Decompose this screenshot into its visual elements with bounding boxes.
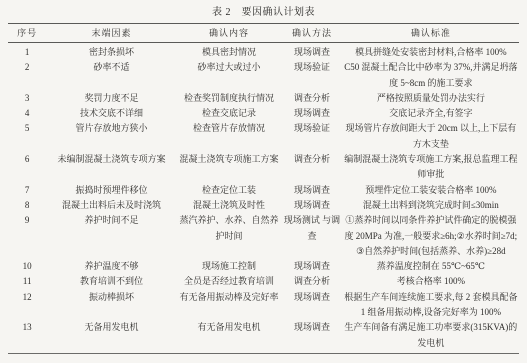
cell-no: 5 <box>8 121 46 152</box>
cell-method: 调查分析 <box>281 91 342 106</box>
document-page: 表 2 要因确认计划表 序号 末端因素 确认内容 确认方法 确认标准 1密封条损… <box>0 0 527 363</box>
table-row: 9养护时间不足蒸汽养护、水养、自然养护时间现场测试 与调查①蒸养时间以同条件养护… <box>8 213 519 259</box>
cell-no: 3 <box>8 91 46 106</box>
cell-method: 现场调查 <box>281 43 342 61</box>
cell-factor: 养护温度不够 <box>46 259 176 274</box>
table-row: 3奖罚力度不足检查奖罚制度执行情况调查分析严格按照质量处罚办法实行 <box>8 91 519 106</box>
cell-factor: 振捣时预埋件移位 <box>46 183 176 198</box>
table-body: 1密封条损坏模具密封情况现场调查模具拼缝处安装密封材料,合格率 100%2砂率不… <box>8 43 519 354</box>
table-header: 序号 末端因素 确认内容 确认方法 确认标准 <box>8 24 519 43</box>
cell-standard: 编制混凝土浇筑专项施工方案,报总监理工程师审批 <box>343 152 519 183</box>
cell-no: 2 <box>8 60 46 91</box>
cell-standard: 生产车间备有满足施工功率要求(315KVA)的发电机 <box>343 320 519 353</box>
cell-no: 1 <box>8 43 46 61</box>
cell-no: 12 <box>8 290 46 321</box>
cell-content: 检查定位工装 <box>177 183 282 198</box>
cell-content: 检查管片存放情况 <box>177 121 282 152</box>
cell-factor: 技术交底不详细 <box>46 106 176 121</box>
cell-factor: 砂率不适 <box>46 60 176 91</box>
table-row: 7振捣时预埋件移位检查定位工装现场调查预埋件定位工装安装合格率 100% <box>8 183 519 198</box>
header-standard: 确认标准 <box>343 24 519 43</box>
cell-standard: 混凝土出料到浇筑完成时间≤30min <box>343 198 519 213</box>
cell-method: 现场验证 <box>281 121 342 152</box>
cell-content: 混凝土浇筑专项施工方案 <box>177 152 282 183</box>
cell-content: 砂率过大或过小 <box>177 60 282 91</box>
cell-method: 调查分析 <box>281 152 342 183</box>
cell-factor: 奖罚力度不足 <box>46 91 176 106</box>
cell-factor: 未编制混凝土浇筑专项方案 <box>46 152 176 183</box>
cell-factor: 养护时间不足 <box>46 213 176 259</box>
cell-standard: 考核合格率 100% <box>343 274 519 289</box>
table-row: 6未编制混凝土浇筑专项方案混凝土浇筑专项施工方案调查分析编制混凝土浇筑专项施工方… <box>8 152 519 183</box>
cell-method: 现场调查 <box>281 198 342 213</box>
cell-method: 现场测试 与调查 <box>281 213 342 259</box>
cell-standard: 交底记录齐全,有签字 <box>343 106 519 121</box>
cell-content: 混凝土浇筑及时性 <box>177 198 282 213</box>
table-row: 11教育培训不到位全员是否经过教育培训调查分析考核合格率 100% <box>8 274 519 289</box>
header-no: 序号 <box>8 24 46 43</box>
cell-content: 全员是否经过教育培训 <box>177 274 282 289</box>
cell-no: 9 <box>8 213 46 259</box>
table-title: 表 2 要因确认计划表 <box>8 6 519 23</box>
cell-no: 7 <box>8 183 46 198</box>
cell-method: 现场调查 <box>281 290 342 321</box>
header-method: 确认方法 <box>281 24 342 43</box>
header-factor: 末端因素 <box>46 24 176 43</box>
cell-content: 有无备用发电机 <box>177 320 282 353</box>
cell-standard: ①蒸养时间以同条件养护试件确定的脱模强度 20MPa 为准,一般要求≥6h;②水… <box>343 213 519 259</box>
cell-standard: 严格按照质量处罚办法实行 <box>343 91 519 106</box>
factor-confirmation-plan-table: 序号 末端因素 确认内容 确认方法 确认标准 1密封条损坏模具密封情况现场调查模… <box>8 23 519 354</box>
table-row: 2砂率不适砂率过大或过小现场验证C50 混凝土配合比中砂率为 37%,并满足坍落… <box>8 60 519 91</box>
cell-standard: 根据生产车间连续施工要求,每 2 套模具配备 1 组备用振动棒,设备完好率为 1… <box>343 290 519 321</box>
cell-factor: 教育培训不到位 <box>46 274 176 289</box>
cell-content: 检查交底记录 <box>177 106 282 121</box>
cell-no: 10 <box>8 259 46 274</box>
cell-content: 有无备用振动棒及完好率 <box>177 290 282 321</box>
table-row: 1密封条损坏模具密封情况现场调查模具拼缝处安装密封材料,合格率 100% <box>8 43 519 61</box>
cell-factor: 无备用发电机 <box>46 320 176 353</box>
cell-no: 8 <box>8 198 46 213</box>
header-content: 确认内容 <box>177 24 282 43</box>
cell-content: 蒸汽养护、水养、自然养护时间 <box>177 213 282 259</box>
table-row: 12振动棒损坏有无备用振动棒及完好率现场调查根据生产车间连续施工要求,每 2 套… <box>8 290 519 321</box>
table-row: 4技术交底不详细检查交底记录现场调查交底记录齐全,有签字 <box>8 106 519 121</box>
cell-content: 模具密封情况 <box>177 43 282 61</box>
cell-no: 4 <box>8 106 46 121</box>
cell-no: 13 <box>8 320 46 353</box>
cell-standard: 蒸养温度控制在 55℃~65℃ <box>343 259 519 274</box>
table-row: 8混凝土出料后未及时浇筑混凝土浇筑及时性现场调查混凝土出料到浇筑完成时间≤30m… <box>8 198 519 213</box>
cell-content: 现场施工控制 <box>177 259 282 274</box>
cell-content: 检查奖罚制度执行情况 <box>177 91 282 106</box>
cell-method: 现场调查 <box>281 183 342 198</box>
cell-method: 现场调查 <box>281 320 342 353</box>
cell-standard: C50 混凝土配合比中砂率为 37%,并满足坍落度 5~8cm 的施工要求 <box>343 60 519 91</box>
cell-factor: 密封条损坏 <box>46 43 176 61</box>
cell-method: 现场验证 <box>281 60 342 91</box>
cell-no: 11 <box>8 274 46 289</box>
table-row: 5管片存放地方狭小检查管片存放情况现场验证现场管片存放间距大于 20cm 以上,… <box>8 121 519 152</box>
cell-method: 调查分析 <box>281 274 342 289</box>
table-row: 13无备用发电机有无备用发电机现场调查生产车间备有满足施工功率要求(315KVA… <box>8 320 519 353</box>
table-row: 10养护温度不够现场施工控制现场调查蒸养温度控制在 55℃~65℃ <box>8 259 519 274</box>
cell-method: 现场调查 <box>281 259 342 274</box>
cell-standard: 预埋件定位工装安装合格率 100% <box>343 183 519 198</box>
cell-standard: 现场管片存放间距大于 20cm 以上,上下层有方木支垫 <box>343 121 519 152</box>
cell-factor: 管片存放地方狭小 <box>46 121 176 152</box>
cell-standard: 模具拼缝处安装密封材料,合格率 100% <box>343 43 519 61</box>
cell-factor: 混凝土出料后未及时浇筑 <box>46 198 176 213</box>
cell-factor: 振动棒损坏 <box>46 290 176 321</box>
table-header-row: 序号 末端因素 确认内容 确认方法 确认标准 <box>8 24 519 43</box>
cell-method: 现场调查 <box>281 106 342 121</box>
cell-no: 6 <box>8 152 46 183</box>
